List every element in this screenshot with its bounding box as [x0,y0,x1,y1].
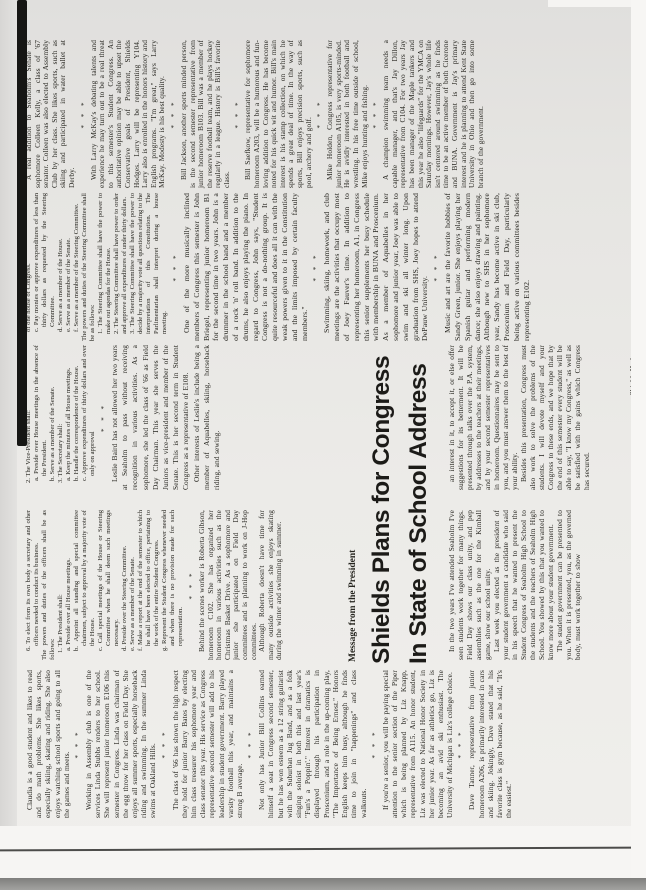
article-paragraph: The student government can be presented … [555,510,582,660]
section-separator: * * * [80,40,88,188]
article-paragraph: Mike Holden, Congress representative for… [326,40,369,188]
kicker: Message from the President [348,342,358,662]
newspaper-column-2-upper: 6. To elect from its own body a secretar… [25,510,348,660]
article-paragraph: Working in Assembly club is one of the s… [84,670,158,818]
bylaws-line: 1. The Steering Committee shall have the… [97,193,113,341]
article-paragraph: Besides this presentation, Congress must… [519,345,591,490]
article-paragraph: Leslie Baird has not allowed her two yea… [110,345,192,490]
scan-left-gutter [0,0,17,828]
bylaws-line: f. Make a report at the end of the semes… [137,510,161,660]
newspaper-column-2-lower: In the two years I've attended Seaholm I… [447,510,582,660]
bylaws-line: f. Serve as a member of the Steering Com… [73,193,81,341]
bylaws-line: a. Keep the minutes of all House meeting… [65,345,73,490]
scanner-background-right [631,0,646,890]
bylaws-line: c. Call special meetings of the House or… [97,510,121,660]
newspaper-page: Claudia is a good student and likes to r… [0,0,646,890]
bylaws-line: d. Preside over the Steering Committee. [121,510,129,660]
article-paragraph: Last week you elected as the president o… [492,510,555,660]
bylaws-line: The powers and duties of the officers sh… [41,510,57,660]
article-paragraph: Claudia is a good student and likes to r… [25,670,71,818]
article-paragraph: Dave Tanner, representative from junior … [467,670,513,818]
section-separator: * * * [161,670,169,818]
article-paragraph: Music and art are the favorite hobbies o… [443,193,531,341]
article-paragraph: If you're a senior, you will be paying s… [381,670,455,818]
bylaws-line: a. Preside over all House meetings. [65,510,73,660]
bylaws-line: The powers and duties of the Steering Co… [81,193,97,341]
bylaws-line: e. Serve as a member of the Senate. [129,510,137,660]
article-paragraph: A real addition to Seaholm's Senate is s… [25,40,77,188]
headline-line-2: In State of School Address [400,342,437,664]
article-paragraph: Not only has Junior Bill Collins earned … [257,670,367,818]
section-separator: * * * [172,193,180,341]
scanner-bed-strip [0,878,646,890]
bylaws-line: b. Appoint all standing and special comm… [73,510,97,660]
newspaper-column-5: A real addition to Seaholm's Senate is s… [25,40,485,188]
section-separator: * * * [188,510,196,660]
article-paragraph: Although Roberta doesn't have time for m… [258,510,284,660]
section-separator: * * * [247,670,255,818]
article-paragraph: The class of '66 has shown the high resp… [171,670,245,818]
bylaws-line: b. Serve as a member of the Senate. [49,345,57,490]
section-separator: * * * [100,345,108,490]
bylaws-line: b. Handle the correspondence of the Hous… [73,345,81,490]
scanner-background-top-corner [548,0,631,7]
section-separator: * * * [457,670,465,818]
section-separator: * * * [234,40,242,188]
section-separator: * * * [372,40,380,188]
article-paragraph: One of the more musically inclined membe… [182,193,309,341]
article-paragraph: Swimming, skiing, homework, and club mee… [322,193,430,341]
newspaper-column-1: Claudia is a good student and likes to r… [25,670,513,818]
article-paragraph: With Larry McKay's debating talents and … [90,40,167,188]
article-paragraph: A champion swimming team needs a capable… [382,40,485,188]
section-separator: * * * [312,193,320,341]
section-separator: * * * [170,40,178,188]
bylaws-line: e. Serve as a member of the Senate. [65,193,73,341]
article-paragraph: Other interests of Leslie's include bein… [192,345,223,490]
bylaws-line: 3. The Secretary shall: [57,345,65,490]
bylaws-line: 6. To elect from its own body a secretar… [25,510,41,660]
paper-bottom-margin [0,826,646,880]
headline-block: Message from the President Shields Plans… [348,342,437,664]
article-paragraph: Bill Jackson, another sports minded pers… [180,40,232,188]
bylaws-line: 2. The Steering Committee shall have pow… [113,193,129,341]
bylaws-line: g. Represent the Student Congress whenev… [161,510,185,660]
bylaws-line: 1. The President shall: [57,510,65,660]
article-paragraph: In the two years I've attended Seaholm I… [447,510,492,660]
headline-line-1: Shields Plans for Congress [363,342,400,664]
scanned-newspaper-photo: Claudia is a good student and likes to r… [0,0,646,890]
article-paragraph: an interest in it, to accept it, or else… [447,345,519,490]
newspaper-column-3-lower: an interest in it, to accept it, or else… [447,345,591,490]
section-separator: * * * [433,193,441,341]
bylaws-line: c. Pay monies or approve expenditures of… [33,193,57,341]
section-separator: * * * [316,40,324,188]
bylaws-line: c. Approve expenditures of thirty dollar… [81,345,97,490]
article-paragraph: Bill Saefkow, representative for sophomo… [244,40,313,188]
section-separator: * * * [371,670,379,818]
article-paragraph: Behind the scenes worker is Roberta Gibs… [198,510,258,660]
section-separator: * * * [74,670,82,818]
bylaws-line: 3. The Steering Committee shall have the… [129,193,169,341]
scan-edge-black-bar [17,0,27,446]
bylaws-line: d. Serve as a member of the House. [57,193,65,341]
newspaper-column-4: of one house of Congress.c. Pay monies o… [25,193,531,341]
bylaws-line: a. Preside over House meetings in the ab… [33,345,49,490]
newspaper-column-3-upper: 2. The Vice-President shall:a. Preside o… [25,345,348,490]
